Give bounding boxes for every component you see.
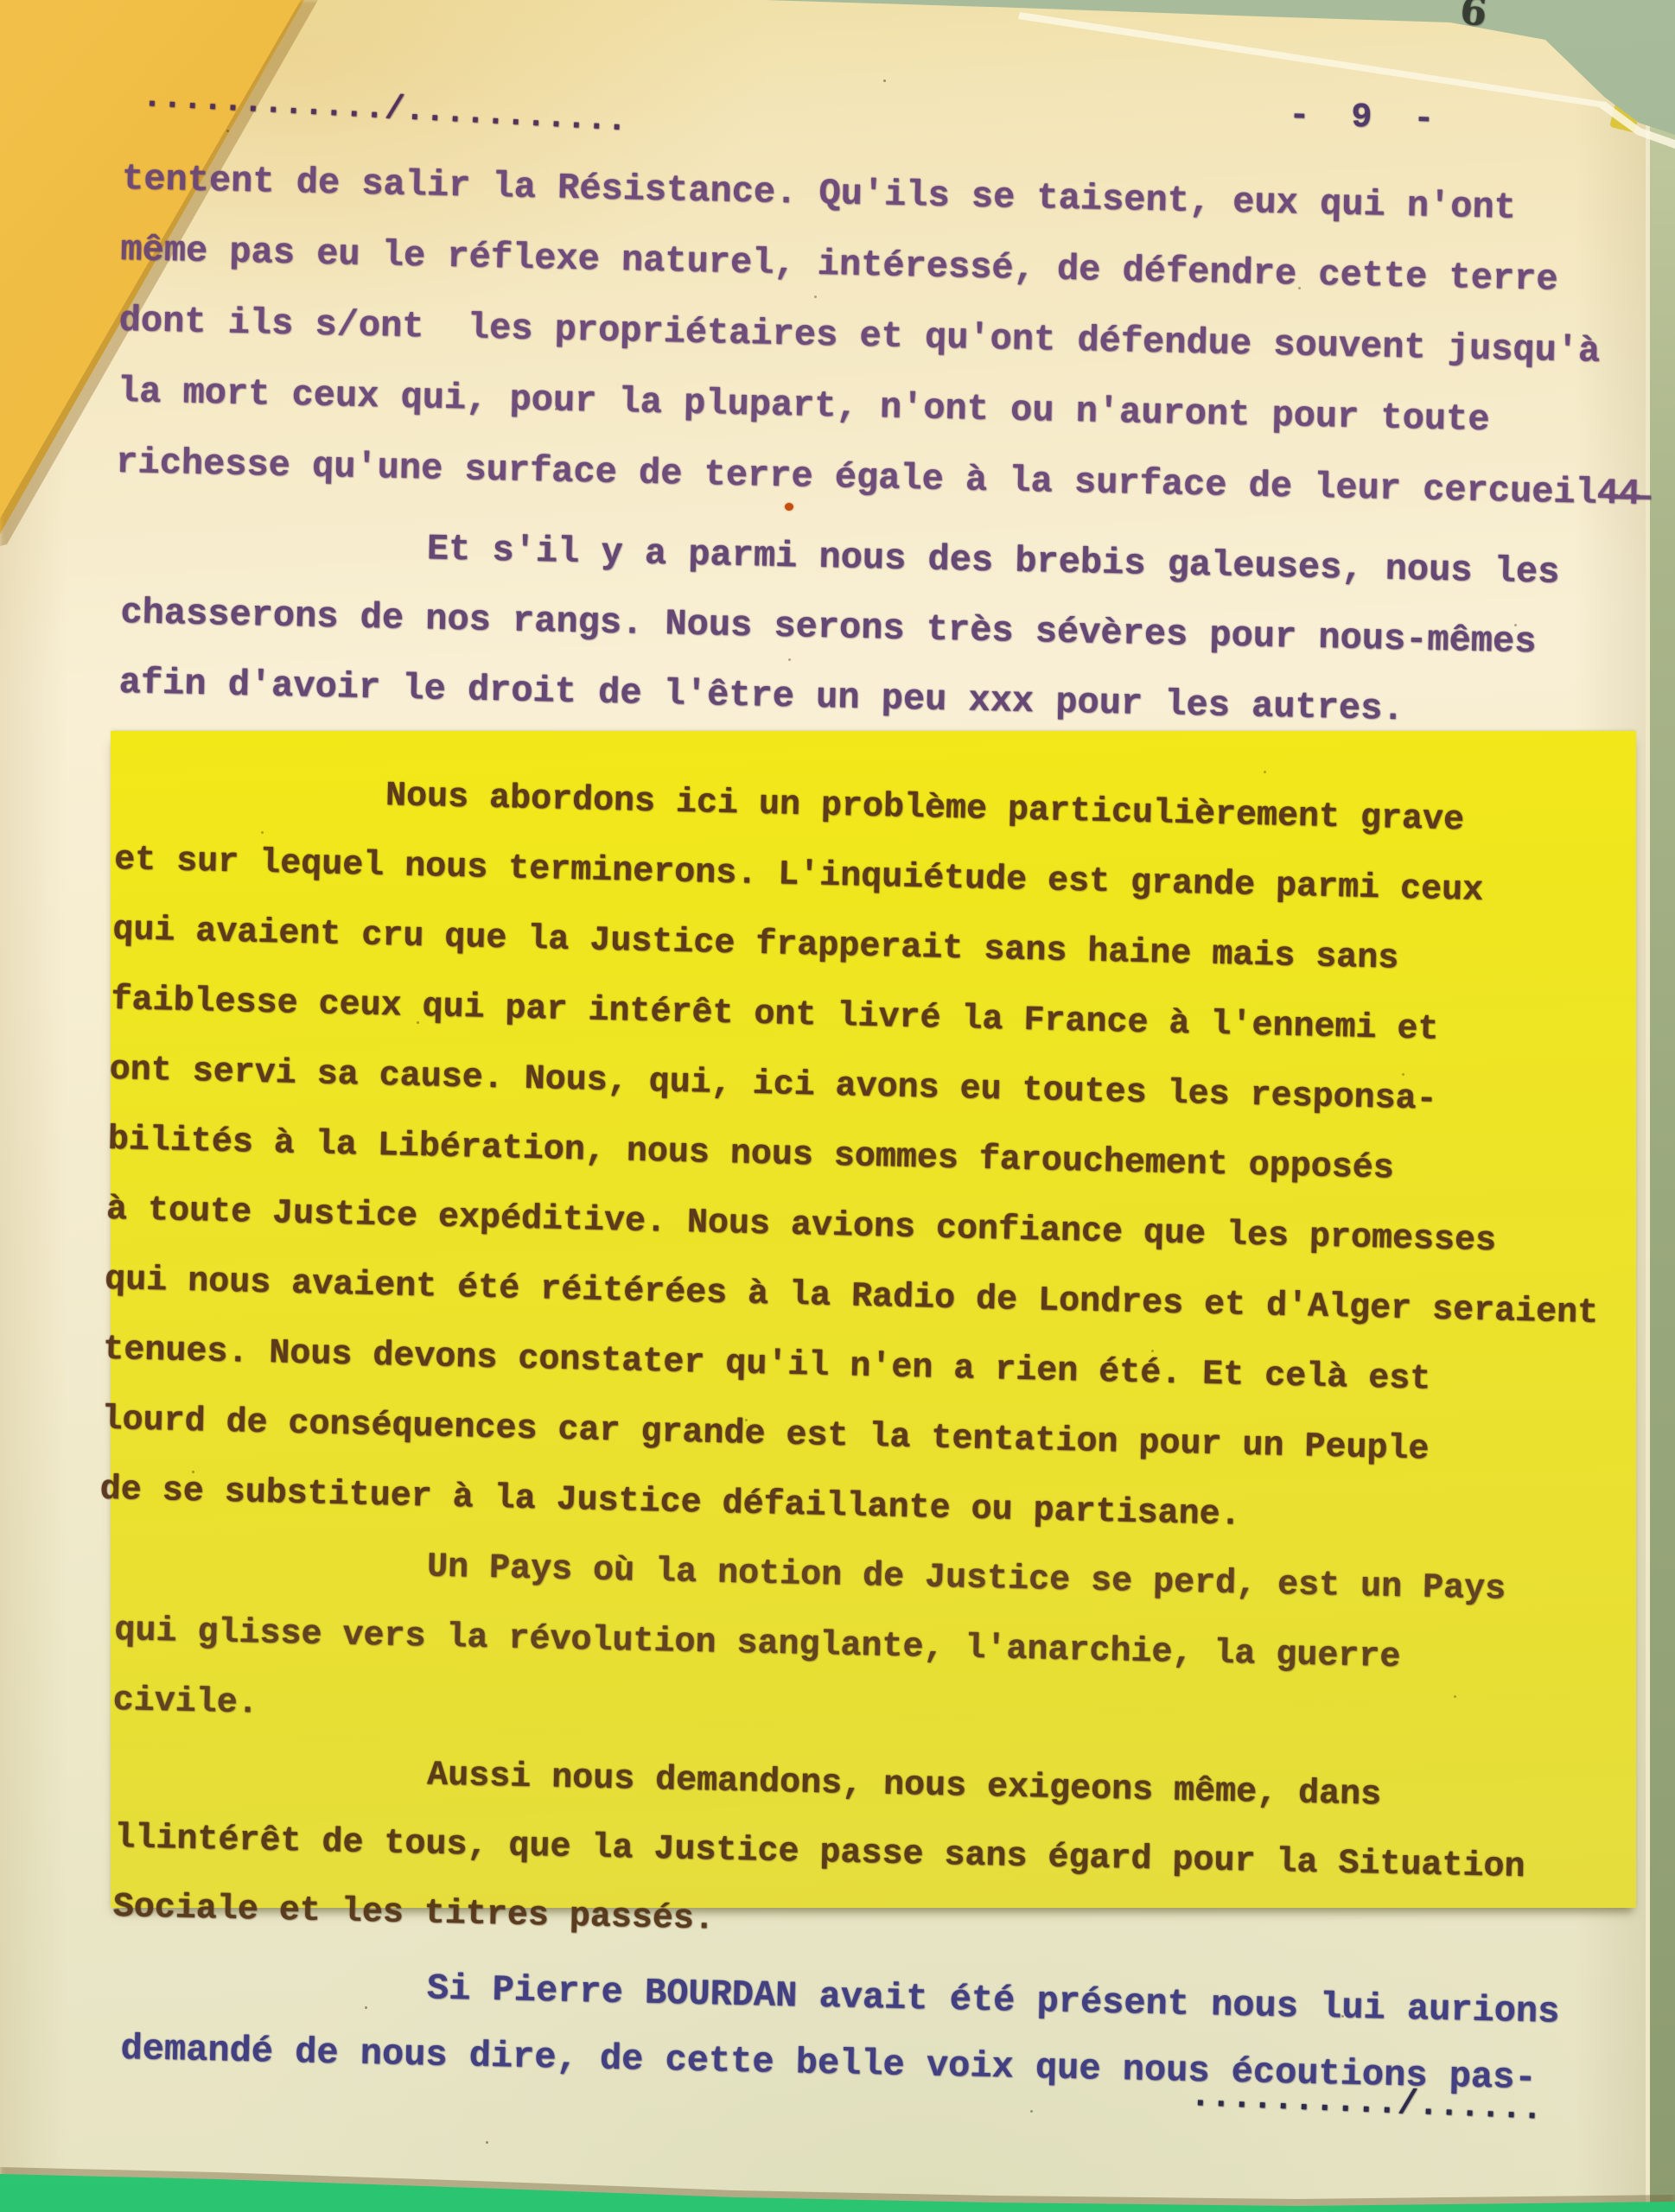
handwritten-page-numeral: 6 (1458, 0, 1488, 34)
text-line: - 9 - (1289, 95, 1445, 143)
paragraph-3-highlighted: Nous abordons ici un problème particuliè… (99, 755, 1610, 1559)
text-line: 6 (1458, 0, 1488, 34)
paragraph-1: tentent de salir la Résistance. Qu'ils s… (115, 143, 1646, 530)
document-scan: ............/...........- 9 -tentent de … (0, 0, 1675, 2212)
header-continuation-dots: ............/........... (141, 74, 628, 143)
typewritten-text-layer: ............/...........- 9 -tentent de … (0, 0, 1675, 2212)
text-line: ............/........... (141, 74, 628, 143)
page-number: - 9 - (1289, 95, 1445, 143)
paragraph-5-highlighted: Aussi nous demandons, nous exigeons même… (112, 1735, 1527, 1972)
paragraph-4-highlighted: Un Pays où la notion de Justice se perd,… (112, 1526, 1506, 1765)
paragraph-2: Et s'il y a parmi nous des brebis galeus… (118, 508, 1560, 748)
